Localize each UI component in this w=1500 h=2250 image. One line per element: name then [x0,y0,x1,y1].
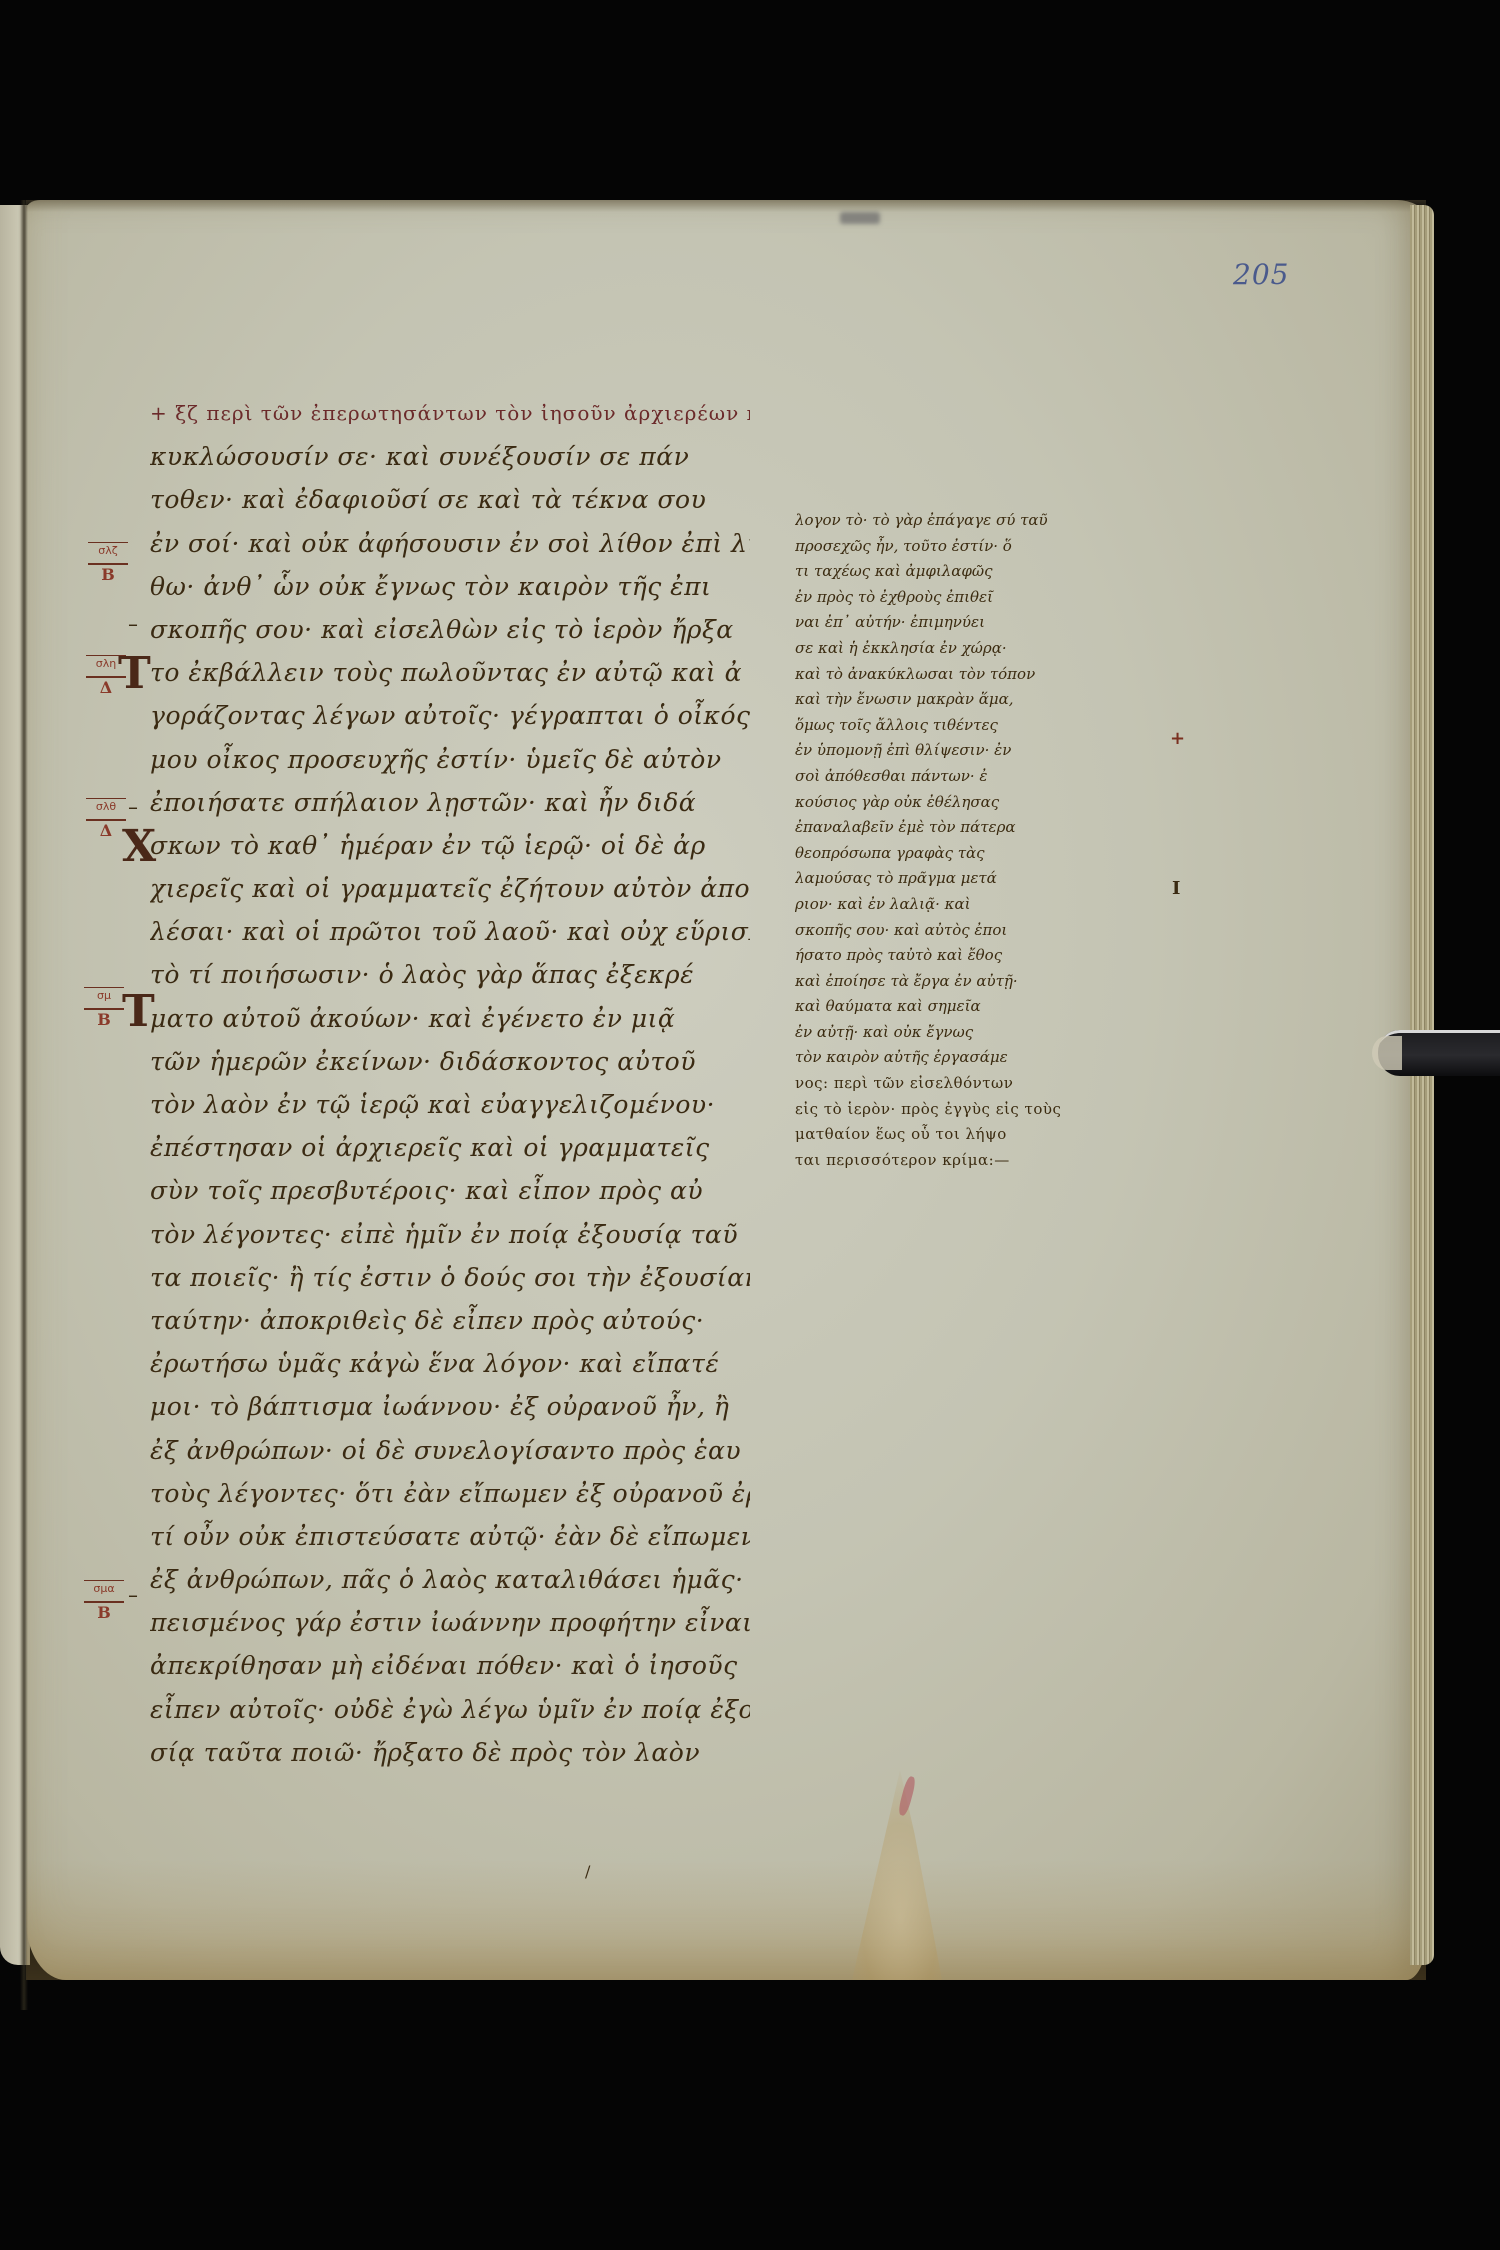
canon-number: Δ [86,819,126,840]
commentary-line: καὶ θαύματα καὶ σημεῖα [795,994,1125,1020]
text-line: ἐξ ἀνθρώπων, πᾶς ὁ λαὸς καταλιθάσει ἡμᾶς… [150,1558,750,1601]
text-line: θω· ἀνθ᾽ ὧν οὐκ ἔγνως τὸν καιρὸν τῆς ἐπι [150,565,750,608]
commentary-column: λογον τὸ· τὸ γὰρ ἐπάγαγε σύ ταῦ προσεχῶς… [795,508,1125,1173]
canon-number: Δ [86,676,126,697]
commentary-line: σκοπῆς σου· καὶ αὐτὸς ἐποι [795,918,1125,944]
decorated-initial-tau: Τ [122,990,155,1034]
commentary-line: ἐν πρὸς τὸ ἐχθροὺς ἐπιθεῖ [795,585,1125,611]
text-line: ματο αὐτοῦ ἀκούων· καὶ ἐγένετο ἐν μιᾷ [150,997,750,1040]
bottom-edge-stain [26,1860,1426,1980]
commentary-line: ὅμως τοῖς ἄλλοις τιθέντες [795,713,1125,739]
text-line: μου οἶκος προσευχῆς ἐστίν· ὑμεῖς δὲ αὐτὸ… [150,738,750,781]
canon-number: Β [84,1008,124,1029]
text-line: ταύτην· ἀποκριθεὶς δὲ εἶπεν πρὸς αὐτούς· [150,1299,750,1342]
text-line: ἐρωτήσω ὑμᾶς κἀγὼ ἕνα λόγον· καὶ εἴπατέ [150,1342,750,1385]
text-line: τοὺς λέγοντες· ὅτι ἐὰν εἴπωμεν ἐξ οὐρανο… [150,1472,750,1515]
folio-number: 205 [1233,258,1289,291]
eusebian-section-marker: σμα Β [84,1580,124,1622]
commentary-line: καὶ τὸ ἀνακύκλωσαι τὸν τόπον [795,662,1125,688]
commentary-heading-line: εἰς τὸ ἱερὸν· πρὸς ἐγγὺς εἰς τοὺς [795,1097,1125,1123]
section-number: σλθ [86,798,126,813]
section-number: σλη [86,655,126,670]
commentary-line: κούσιος γὰρ οὐκ ἐθέλησας [795,790,1125,816]
text-line: το ἐκβάλλειν τοὺς πωλοῦντας ἐν αὐτῷ καὶ … [150,651,750,694]
commentary-line: σοὶ ἀπόθεσθαι πάντων· ἐ [795,764,1125,790]
commentary-line: ήσατο πρὸς ταὐτὸ καὶ ἔθος [795,943,1125,969]
library-stamp [840,212,880,224]
text-line: σκοπῆς σου· καὶ εἰσελθὼν εἰς τὸ ἱερὸν ἤρ… [150,608,750,651]
commentary-line: λογον τὸ· τὸ γὰρ ἐπάγαγε σύ ταῦ [795,508,1125,534]
section-dash: – [128,795,138,819]
text-line: τοθεν· καὶ ἐδαφιοῦσί σε καὶ τὰ τέκνα σου [150,478,750,521]
commentary-line: ἐν αὐτῇ· καὶ οὐκ ἔγνως [795,1020,1125,1046]
text-line: ἐπέστησαν οἱ ἀρχιερεῖς καὶ οἱ γραμματεῖς [150,1126,750,1169]
commentary-line: τὸν καιρὸν αὐτῆς ἐργασάμε [795,1045,1125,1071]
section-dash: – [128,612,138,636]
margin-iota-mark: Ι [1172,878,1180,899]
canon-number: Β [84,1601,124,1622]
commentary-heading-line: ματθαίον ἕως οὗ τοι λήψο [795,1122,1125,1148]
commentary-line: λαμούσας τὸ πρᾶγμα μετά [795,866,1125,892]
section-number: σμ [84,987,124,1002]
text-line: ἀπεκρίθησαν μὴ εἰδέναι πόθεν· καὶ ὁ ἰησο… [150,1644,750,1687]
commentary-line: ριον· καὶ ἐν λαλιᾷ· καὶ [795,892,1125,918]
eusebian-section-marker: σλζ Β [88,542,128,584]
section-title: + ξζ περὶ τῶν ἐπερωτησάντων τὸν ἰησοῦν ἀ… [150,392,750,435]
section-dash: – [128,1583,138,1607]
commentary-line: ἐν ὑπομονῇ ἐπὶ θλίψεσιν· ἐν [795,738,1125,764]
eusebian-section-marker: σλη Δ [86,655,126,697]
binding-fold [20,200,28,2010]
manuscript-scan: 205 + ξζ περὶ τῶν ἐπερωτησάντων τὸν ἰησο… [0,0,1500,2250]
commentary-line: θεοπρόσωπα γραφὰς τὰς [795,841,1125,867]
commentary-line: ναι ἐπ᾽ αὐτήν· ἐπιμηνύει [795,610,1125,636]
text-line: κυκλώσουσίν σε· καὶ συνέξουσίν σε πάν [150,435,750,478]
text-line: γοράζοντας λέγων αὐτοῖς· γέγραπται ὁ οἶκ… [150,694,750,737]
text-line: σίᾳ ταῦτα ποιῶ· ἤρξατο δὲ πρὸς τὸν λαὸν [150,1731,750,1774]
text-line: τί οὖν οὐκ ἐπιστεύσατε αὐτῷ· ἐὰν δὲ εἴπω… [150,1515,750,1558]
eusebian-section-marker: σλθ Δ [86,798,126,840]
text-line: τῶν ἡμερῶν ἐκείνων· διδάσκοντος αὐτοῦ [150,1040,750,1083]
text-line: τὸν λέγοντες· εἰπὲ ἡμῖν ἐν ποίᾳ ἐξουσίᾳ … [150,1213,750,1256]
commentary-line: προσεχῶς ἦν, τοῦτο ἐστίν· ὅ [795,534,1125,560]
margin-cross-mark: + [1170,728,1185,749]
commentary-line: καὶ τὴν ἔνωσιν μακρὰν ἅμα, [795,687,1125,713]
bookmark-strip [1378,1030,1500,1076]
text-line: ἐν σοί· καὶ οὐκ ἀφήσουσιν ἐν σοὶ λίθον ἐ… [150,522,750,565]
text-line: σὺν τοῖς πρεσβυτέροις· καὶ εἶπον πρὸς αὐ [150,1169,750,1212]
commentary-line: σε καὶ ἡ ἐκκλησία ἐν χώρᾳ· [795,636,1125,662]
text-line: σκων τὸ καθ᾽ ἡμέραν ἐν τῷ ἱερῷ· οἱ δὲ ἀρ [150,824,750,867]
commentary-line: ἐπαναλαβεῖν ἐμὲ τὸν πάτερα [795,815,1125,841]
decorated-initial-chi: Χ [122,825,156,869]
text-line: τα ποιεῖς· ἢ τίς ἐστιν ὁ δούς σοι τὴν ἐξ… [150,1256,750,1299]
top-edge-shadow [26,200,1426,212]
section-number: σλζ [88,542,128,557]
text-line: ἐξ ἀνθρώπων· οἱ δὲ συνελογίσαντο πρὸς ἑα… [150,1429,750,1472]
text-line: πεισμένος γάρ ἐστιν ἰωάννην προφήτην εἶν… [150,1601,750,1644]
canon-number: Β [88,563,128,584]
text-line: τὸ τί ποιήσωσιν· ὁ λαὸς γὰρ ἅπας ἐξεκρέ [150,953,750,996]
text-line: τὸν λαὸν ἐν τῷ ἱερῷ καὶ εὐαγγελιζομένου· [150,1083,750,1126]
text-line: χιερεῖς καὶ οἱ γραμματεῖς ἐζήτουν αὐτὸν … [150,867,750,910]
commentary-line: καὶ ἐποίησε τὰ ἔργα ἐν αὐτῇ· [795,969,1125,995]
text-line: μοι· τὸ βάπτισμα ἰωάννου· ἐξ οὐρανοῦ ἦν,… [150,1385,750,1428]
commentary-heading-line: νος: περὶ τῶν εἰσελθόντων [795,1071,1125,1097]
ink-speck: / [585,1862,590,1881]
main-text-column: + ξζ περὶ τῶν ἐπερωτησάντων τὸν ἰησοῦν ἀ… [150,392,750,1774]
commentary-heading-line: ται περισσότερον κρίμα:— [795,1148,1125,1174]
fore-edge-page-stack [1410,205,1434,1965]
text-line: εἶπεν αὐτοῖς· οὐδὲ ἐγὼ λέγω ὑμῖν ἐν ποίᾳ… [150,1688,750,1731]
section-number: σμα [84,1580,124,1595]
text-line: ἐποιήσατε σπήλαιον λῃστῶν· καὶ ἦν διδά [150,781,750,824]
commentary-line: τι ταχέως καὶ ἀμφιλαφῶς [795,559,1125,585]
text-line: λέσαι· καὶ οἱ πρῶτοι τοῦ λαοῦ· καὶ οὐχ ε… [150,910,750,953]
eusebian-section-marker: σμ Β [84,987,124,1029]
